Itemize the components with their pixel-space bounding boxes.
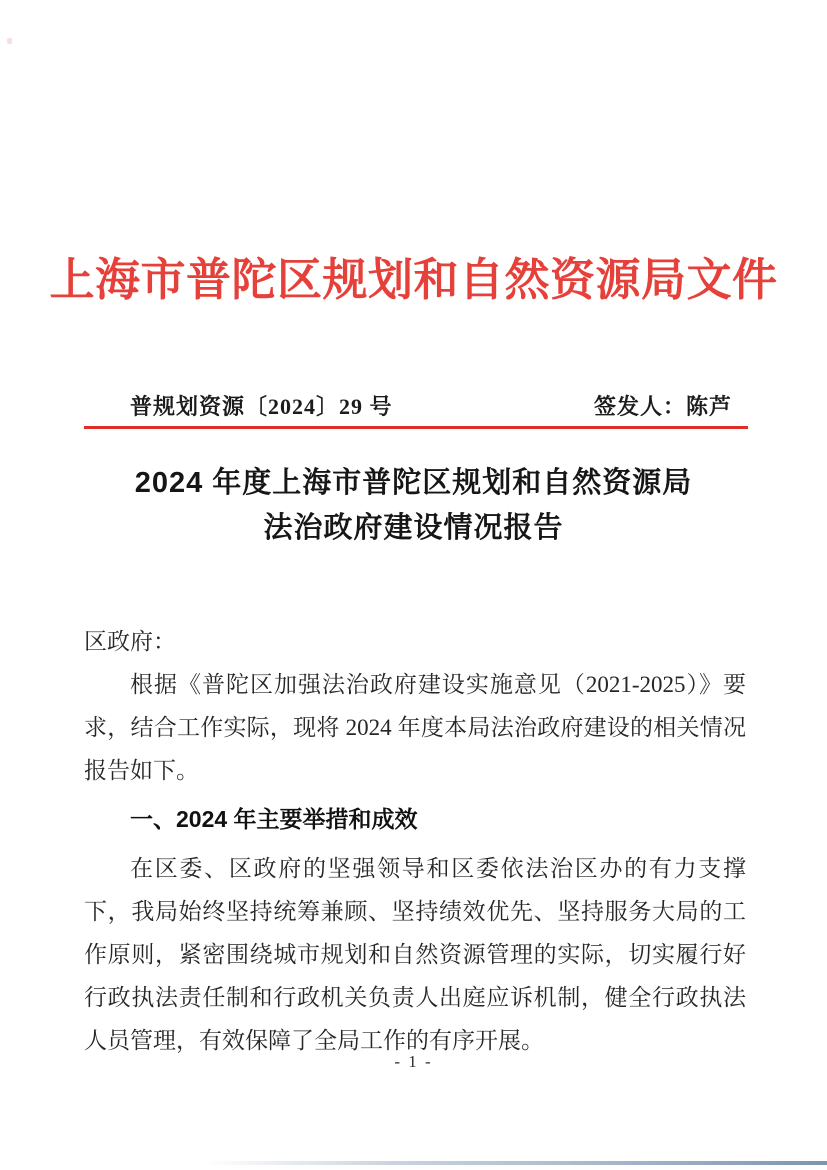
section-1-heading: 一、2024 年主要举措和成效 xyxy=(84,798,746,841)
intro-paragraph: 根据《普陀区加强法治政府建设实施意见（2021-2025）》要求，结合工作实际，… xyxy=(84,663,746,792)
scan-artifact-dot xyxy=(7,38,12,44)
scan-edge-line xyxy=(205,1161,827,1165)
agency-header-title: 上海市普陀区规划和自然资源局文件 xyxy=(0,243,827,308)
section-1-paragraph: 在区委、区政府的坚强领导和区委依法治区办的有力支撑下，我局始终坚持统筹兼顾、坚持… xyxy=(84,847,746,1062)
document-title-line2: 法治政府建设情况报告 xyxy=(0,506,827,551)
document-body: 区政府： 根据《普陀区加强法治政府建设实施意见（2021-2025）》要求，结合… xyxy=(84,620,746,1062)
document-title: 2024 年度上海市普陀区规划和自然资源局 法治政府建设情况报告 xyxy=(0,461,827,551)
document-page: 上海市普陀区规划和自然资源局文件 普规划资源〔2024〕29 号 签发人：陈芦 … xyxy=(0,0,827,1170)
document-title-line1: 2024 年度上海市普陀区规划和自然资源局 xyxy=(0,461,827,506)
doc-info-row: 普规划资源〔2024〕29 号 签发人：陈芦 xyxy=(130,390,732,421)
doc-number: 普规划资源〔2024〕29 号 xyxy=(130,390,393,421)
salutation: 区政府： xyxy=(84,620,746,663)
page-number: - 1 - xyxy=(0,1052,827,1072)
issuer-name: 签发人：陈芦 xyxy=(594,390,732,421)
red-separator-line xyxy=(84,426,748,429)
